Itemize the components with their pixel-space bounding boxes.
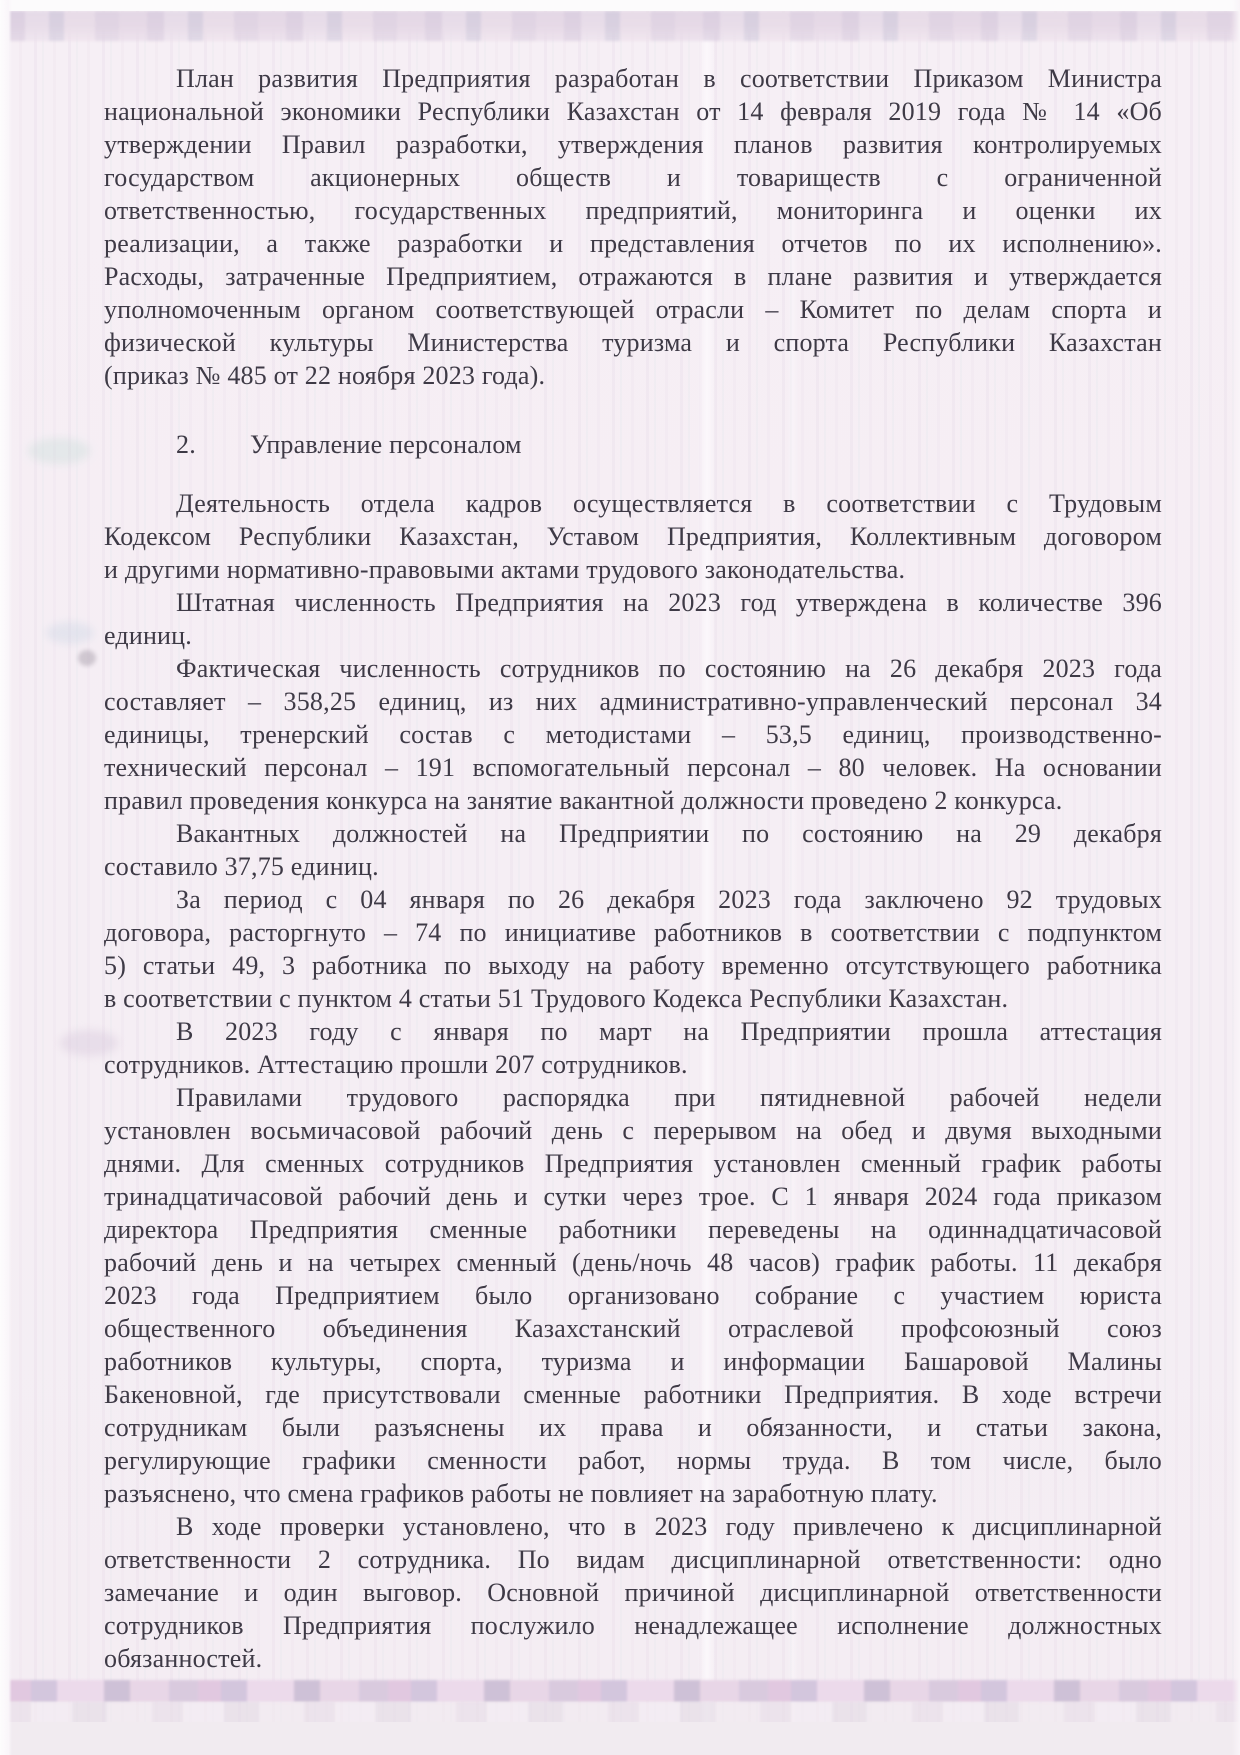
text-line: Штатная численность Предприятия на 2023 … <box>104 586 1162 619</box>
text-line: замечание и один выговор. Основной причи… <box>104 1576 1162 1609</box>
section-heading: 2.Управление персоналом <box>104 428 1162 461</box>
scan-smudge-artifact <box>78 650 96 666</box>
text-line: ответственности 2 сотрудника. По видам д… <box>104 1543 1162 1576</box>
text-line: сотрудникам были разъяснены их права и о… <box>104 1411 1162 1444</box>
text-line: За период с 04 января по 26 декабря 2023… <box>104 883 1162 916</box>
text-line: работников культуры, спорта, туризма и и… <box>104 1345 1162 1378</box>
text-line: тринадцатичасовой рабочий день и сутки ч… <box>104 1180 1162 1213</box>
text-line: установлен восьмичасовой рабочий день с … <box>104 1114 1162 1147</box>
paragraph: В ходе проверки установлено, что в 2023 … <box>104 1510 1162 1675</box>
scan-bottom-margin <box>0 1722 1240 1755</box>
text-line: Вакантных должностей на Предприятии по с… <box>104 817 1162 850</box>
text-line: договора, расторгнуто – 74 по инициативе… <box>104 916 1162 949</box>
scanned-document-page: План развития Предприятия разработан в с… <box>0 0 1240 1755</box>
text-line: Фактическая численность сотрудников по с… <box>104 652 1162 685</box>
text-line: 5) статьи 49, 3 работника по выходу на р… <box>104 949 1162 982</box>
text-line: общественного объединения Казахстанский … <box>104 1312 1162 1345</box>
text-line: и другими нормативно-правовыми актами тр… <box>104 553 1162 586</box>
scan-edge-right <box>1232 0 1240 1755</box>
text-line: уполномоченным органом соответствующей о… <box>104 293 1162 326</box>
text-line: сотрудников. Аттестацию прошли 207 сотру… <box>104 1048 1162 1081</box>
scan-noise-band-bottom-fade <box>0 1702 1240 1724</box>
text-line: разъяснено, что смена графиков работы не… <box>104 1477 1162 1510</box>
text-line: Правилами трудового распорядка при пятид… <box>104 1081 1162 1114</box>
text-line: государством акционерных обществ и товар… <box>104 161 1162 194</box>
document-body: План развития Предприятия разработан в с… <box>104 0 1162 1675</box>
text-line: регулирующие графики сменности работ, но… <box>104 1444 1162 1477</box>
paragraph: Штатная численность Предприятия на 2023 … <box>104 586 1162 652</box>
text-line: сотрудников Предприятия послужило ненадл… <box>104 1609 1162 1642</box>
text-line: ответственностью, государственных предпр… <box>104 194 1162 227</box>
text-line: В ходе проверки установлено, что в 2023 … <box>104 1510 1162 1543</box>
section-title: Управление персоналом <box>250 430 522 459</box>
text-line: правил проведения конкурса на занятие ва… <box>104 784 1162 817</box>
text-line: утверждении Правил разработки, утвержден… <box>104 128 1162 161</box>
text-line: в соответствии с пунктом 4 статьи 51 Тру… <box>104 982 1162 1015</box>
text-line: 2023 года Предприятием было организовано… <box>104 1279 1162 1312</box>
text-line: национальной экономики Республики Казахс… <box>104 95 1162 128</box>
text-line: составляет – 358,25 единиц, из них админ… <box>104 685 1162 718</box>
scan-noise-band-bottom <box>8 1680 1240 1702</box>
paragraph: За период с 04 января по 26 декабря 2023… <box>104 883 1162 1015</box>
text-line: физической культуры Министерства туризма… <box>104 326 1162 359</box>
text-line: Бакеновной, где присутствовали сменные р… <box>104 1378 1162 1411</box>
text-line: обязанностей. <box>104 1642 1162 1675</box>
paragraph: Фактическая численность сотрудников по с… <box>104 652 1162 817</box>
text-line: директора Предприятия сменные работники … <box>104 1213 1162 1246</box>
text-line: В 2023 году с января по март на Предприя… <box>104 1015 1162 1048</box>
text-line: составило 37,75 единиц. <box>104 850 1162 883</box>
text-line: днями. Для сменных сотрудников Предприят… <box>104 1147 1162 1180</box>
paragraph: В 2023 году с января по март на Предприя… <box>104 1015 1162 1081</box>
section-number: 2. <box>176 428 250 461</box>
paragraph: Правилами трудового распорядка при пятид… <box>104 1081 1162 1510</box>
intro-paragraph: План развития Предприятия разработан в с… <box>104 62 1162 392</box>
scan-smudge-artifact <box>46 622 94 644</box>
scan-smudge-artifact <box>28 438 90 464</box>
text-line: Кодексом Республики Казахстан, Уставом П… <box>104 520 1162 553</box>
paragraph: Вакантных должностей на Предприятии по с… <box>104 817 1162 883</box>
text-line: Деятельность отдела кадров осуществляетс… <box>104 487 1162 520</box>
text-line: (приказ № 485 от 22 ноября 2023 года). <box>104 359 1162 392</box>
text-line: Расходы, затраченные Предприятием, отраж… <box>104 260 1162 293</box>
text-line: План развития Предприятия разработан в с… <box>104 62 1162 95</box>
text-line: реализации, а также разработки и предста… <box>104 227 1162 260</box>
text-line: единиц. <box>104 619 1162 652</box>
text-line: технический персонал – 191 вспомогательн… <box>104 751 1162 784</box>
text-line: рабочий день и на четырех сменный (день/… <box>104 1246 1162 1279</box>
paragraph: Деятельность отдела кадров осуществляетс… <box>104 487 1162 586</box>
text-line: единицы, тренерский состав с методистами… <box>104 718 1162 751</box>
scan-edge-left <box>0 0 12 1755</box>
